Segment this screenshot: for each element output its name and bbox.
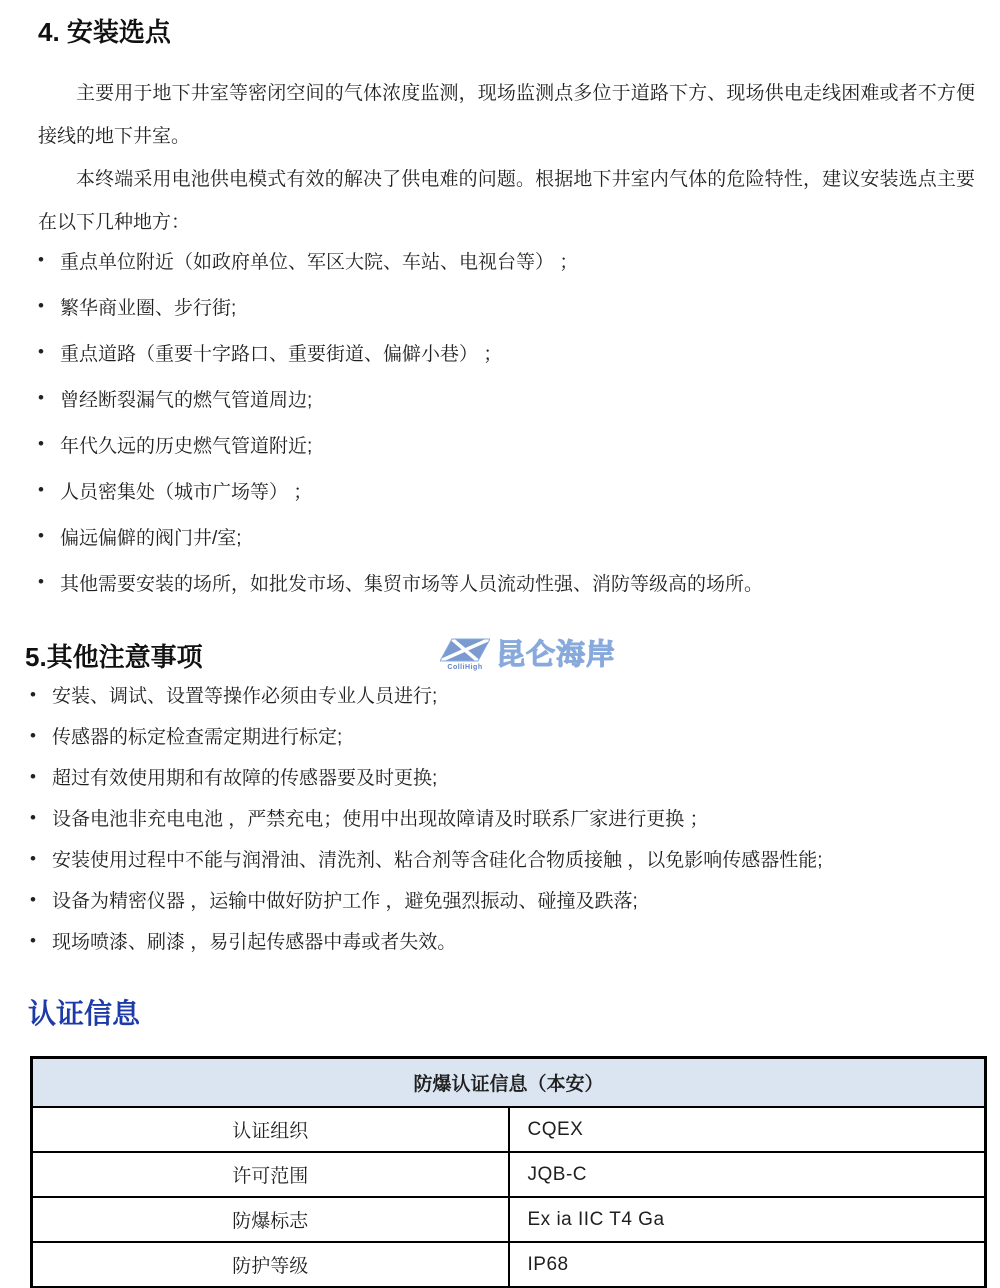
bullet-icon: •	[30, 931, 52, 951]
section4-title: 4. 安装选点	[38, 16, 1000, 48]
other-notes-list: •安装、调试、设置等操作必须由专业人员进行; •传感器的标定检查需定期进行标定;…	[30, 674, 1000, 961]
row-value: CQEX	[509, 1107, 986, 1152]
bullet-icon: •	[38, 250, 60, 270]
bullet-icon: •	[30, 808, 52, 828]
installation-sites-list: •重点单位附近（如政府单位、军区大院、车站、电视台等） ； •繁华商业圈、步行街…	[38, 237, 1000, 605]
bullet-icon: •	[38, 342, 60, 362]
list-item: •其他需要安装的场所，如批发市场、集贸市场等人员流动性强、消防等级高的场所。	[38, 559, 1000, 605]
collihigh-flag-icon	[440, 638, 490, 663]
row-label: 许可范围	[32, 1152, 509, 1197]
certification-title: 认证信息	[28, 997, 1000, 1031]
collihigh-logo: ColliHigh	[440, 638, 490, 671]
bullet-icon: •	[30, 726, 52, 746]
section4-paragraph-2: 本终端采用电池供电模式有效的解决了供电难的问题。根据地下井室内气体的危险特性，建…	[38, 158, 975, 244]
bullet-icon: •	[38, 480, 60, 500]
row-label: 认证组织	[32, 1107, 509, 1152]
bullet-icon: •	[30, 767, 52, 787]
row-value: IP68	[509, 1242, 986, 1288]
list-item: •设备电池非充电电池 ，严禁充电；使用中出现故障请及时联系厂家进行更换 ；	[30, 797, 1000, 838]
table-row: 防护等级 IP68	[32, 1242, 986, 1288]
list-item: •重点道路（重要十字路口、重要街道、偏僻小巷） ；	[38, 329, 1000, 375]
list-item: •现场喷漆、刷漆 ，易引起传感器中毒或者失效。	[30, 920, 1000, 961]
document-page: 4. 安装选点 主要用于地下井室等密闭空间的气体浓度监测，现场监测点多位于道路下…	[0, 0, 1000, 1288]
section-other-notes: 5.其他注意事项 ColliHigh 昆仑海岸 •安装、调试、设置等操作必须由专…	[25, 642, 1000, 961]
list-item: •曾经断裂漏气的燃气管道周边;	[38, 375, 1000, 421]
section4-paragraph-1: 主要用于地下井室等密闭空间的气体浓度监测，现场监测点多位于道路下方、现场供电走线…	[38, 72, 975, 158]
list-item: •繁华商业圈、步行街;	[38, 283, 1000, 329]
list-item: •偏远偏僻的阀门井/室;	[38, 513, 1000, 559]
bullet-icon: •	[38, 296, 60, 316]
bullet-icon: •	[38, 434, 60, 454]
section5-heading-row: 5.其他注意事项 ColliHigh 昆仑海岸	[25, 642, 1000, 672]
list-item: •年代久远的历史燃气管道附近;	[38, 421, 1000, 467]
table-header-cell: 防爆认证信息（本安）	[32, 1058, 986, 1108]
list-item: •超过有效使用期和有故障的传感器要及时更换;	[30, 756, 1000, 797]
certification-table: 防爆认证信息（本安） 认证组织 CQEX 许可范围 JQB-C 防爆标志 Ex …	[30, 1056, 987, 1288]
row-value: Ex ia IIC T4 Ga	[509, 1197, 986, 1242]
table-row: 许可范围 JQB-C	[32, 1152, 986, 1197]
bullet-icon: •	[38, 388, 60, 408]
certification-section: 认证信息 防爆认证信息（本安） 认证组织 CQEX 许可范围 JQB-C 防爆标…	[25, 997, 1000, 1288]
brand-watermark: ColliHigh 昆仑海岸	[440, 638, 616, 672]
brand-name-text: 昆仑海岸	[496, 638, 616, 672]
row-label: 防爆标志	[32, 1197, 509, 1242]
list-item: •人员密集处（城市广场等） ；	[38, 467, 1000, 513]
section-installation-sites: 4. 安装选点 主要用于地下井室等密闭空间的气体浓度监测，现场监测点多位于道路下…	[25, 16, 1000, 605]
table-header-row: 防爆认证信息（本安）	[32, 1058, 986, 1108]
collihigh-sub-label: ColliHigh	[447, 664, 482, 671]
bullet-icon: •	[30, 685, 52, 705]
list-item: •安装使用过程中不能与润滑油、清洗剂、粘合剂等含硅化合物质接触 ，以免影响传感器…	[30, 838, 1000, 879]
list-item: •安装、调试、设置等操作必须由专业人员进行;	[30, 674, 1000, 715]
table-row: 防爆标志 Ex ia IIC T4 Ga	[32, 1197, 986, 1242]
list-item: •设备为精密仪器 ，运输中做好防护工作 ，避免强烈振动、碰撞及跌落;	[30, 879, 1000, 920]
bullet-icon: •	[38, 572, 60, 592]
bullet-icon: •	[30, 849, 52, 869]
bullet-icon: •	[30, 890, 52, 910]
row-label: 防护等级	[32, 1242, 509, 1288]
table-row: 认证组织 CQEX	[32, 1107, 986, 1152]
list-item: •传感器的标定检查需定期进行标定;	[30, 715, 1000, 756]
bullet-icon: •	[38, 526, 60, 546]
row-value: JQB-C	[509, 1152, 986, 1197]
